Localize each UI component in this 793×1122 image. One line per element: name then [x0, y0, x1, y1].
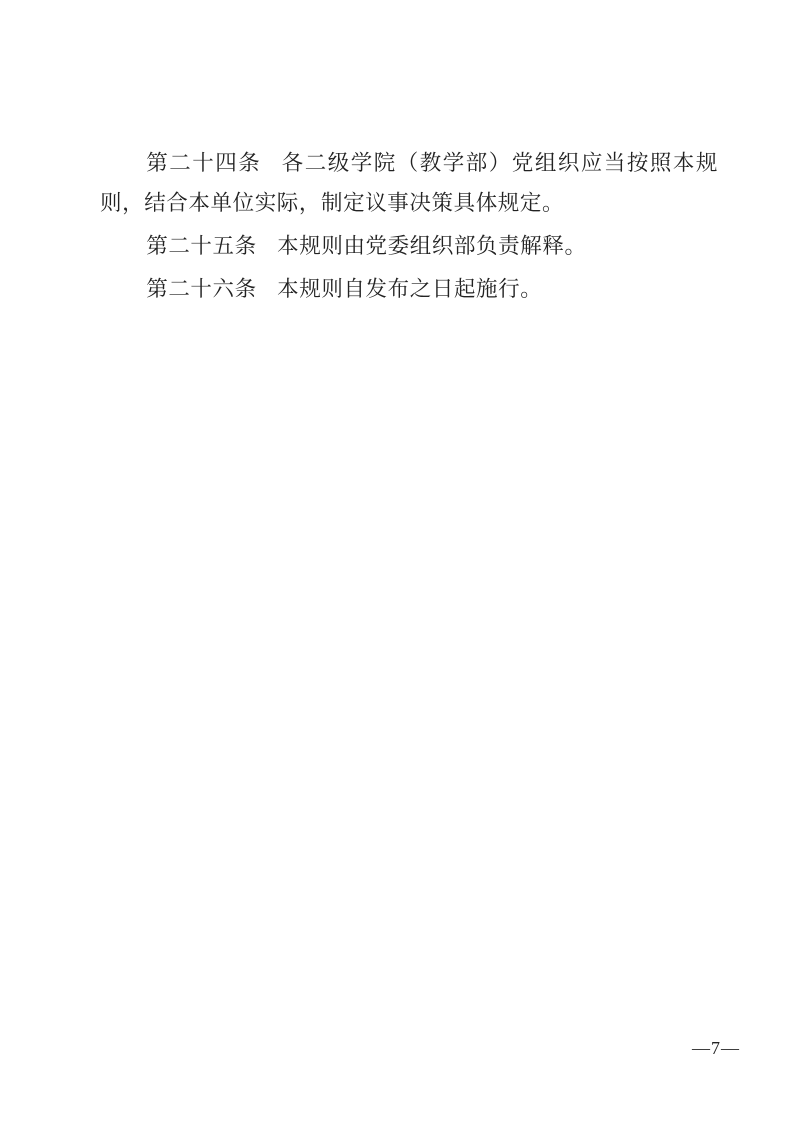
- document-page: 第二十四条各二级学院（教学部）党组织应当按照本规则，结合本单位实际，制定议事决策…: [0, 0, 793, 1122]
- article-25-term: 第二十五条: [146, 234, 257, 258]
- article-24-term: 第二十四条: [146, 151, 261, 175]
- article-24-paragraph: 第二十四条各二级学院（教学部）党组织应当按照本规则，结合本单位实际，制定议事决策…: [100, 143, 718, 223]
- article-26-paragraph: 第二十六条本规则自发布之日起施行。: [100, 269, 718, 309]
- article-25-paragraph: 第二十五条本规则由党委组织部负责解释。: [100, 226, 718, 266]
- article-26-text: 本规则自发布之日起施行。: [277, 277, 542, 301]
- page-number: —7—: [0, 1036, 740, 1060]
- article-26-term: 第二十六条: [146, 277, 257, 301]
- article-25-text: 本规则由党委组织部负责解释。: [277, 234, 586, 258]
- document-body: 第二十四条各二级学院（教学部）党组织应当按照本规则，结合本单位实际，制定议事决策…: [100, 143, 718, 309]
